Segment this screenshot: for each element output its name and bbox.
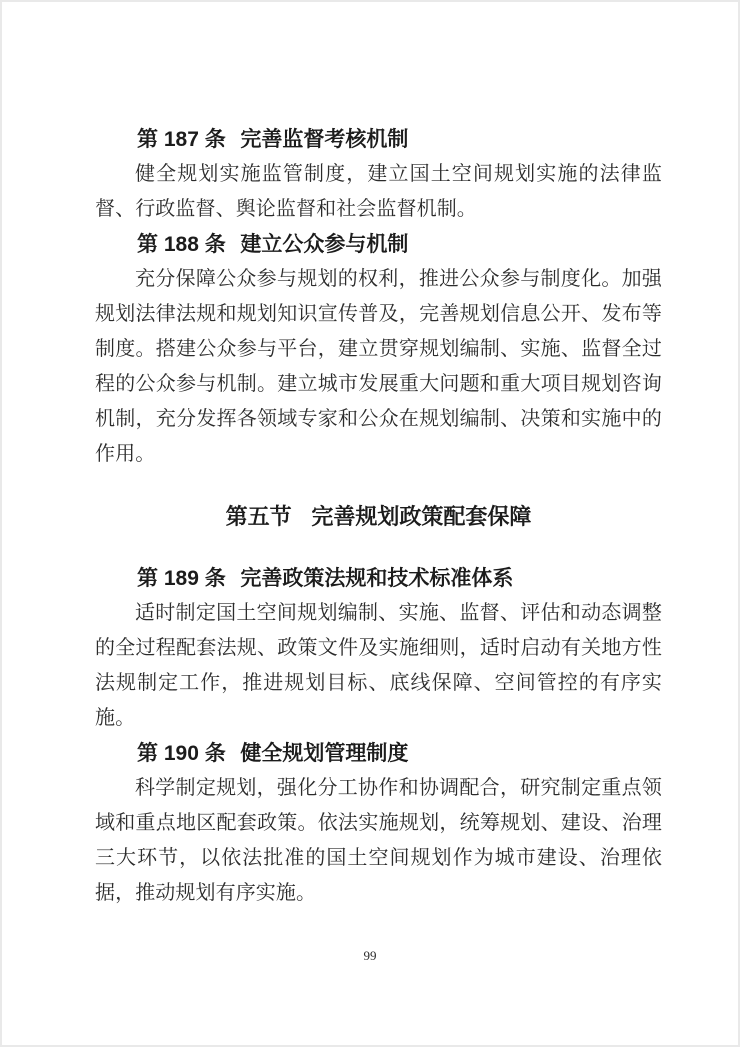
article-188-heading: 第 188 条建立公众参与机制 [95, 227, 662, 262]
article-187-body: 健全规划实施监管制度，建立国土空间规划实施的法律监督、行政监督、舆论监督和社会监… [95, 157, 662, 227]
article-189-number: 第 189 条 [137, 567, 226, 590]
article-190-body: 科学制定规划，强化分工协作和协调配合，研究制定重点领域和重点地区配套政策。依法实… [95, 771, 662, 911]
article-188-body: 充分保障公众参与规划的权利，推进公众参与制度化。加强规划法律法规和规划知识宣传普… [95, 262, 662, 472]
article-187-heading: 第 187 条完善监督考核机制 [95, 122, 662, 157]
section-5-heading: 第五节完善规划政策配套保障 [95, 499, 662, 534]
document-page: 第 187 条完善监督考核机制 健全规划实施监管制度，建立国土空间规划实施的法律… [0, 0, 740, 1047]
page-number: 99 [2, 948, 738, 964]
article-190-number: 第 190 条 [137, 742, 226, 765]
article-187-number: 第 187 条 [137, 128, 226, 151]
article-189-heading: 第 189 条完善政策法规和技术标准体系 [95, 561, 662, 596]
article-188-number: 第 188 条 [137, 233, 226, 256]
article-189-title: 完善政策法规和技术标准体系 [240, 567, 513, 590]
article-189-body: 适时制定国土空间规划编制、实施、监督、评估和动态调整的全过程配套法规、政策文件及… [95, 596, 662, 736]
section-5-label: 第五节 [226, 504, 292, 529]
article-187-title: 完善监督考核机制 [240, 128, 408, 151]
article-190-title: 健全规划管理制度 [240, 742, 408, 765]
article-190-heading: 第 190 条健全规划管理制度 [95, 736, 662, 771]
section-5-title: 完善规划政策配套保障 [311, 504, 531, 529]
page-body: 第 187 条完善监督考核机制 健全规划实施监管制度，建立国土空间规划实施的法律… [95, 122, 662, 911]
article-188-title: 建立公众参与机制 [240, 233, 408, 256]
